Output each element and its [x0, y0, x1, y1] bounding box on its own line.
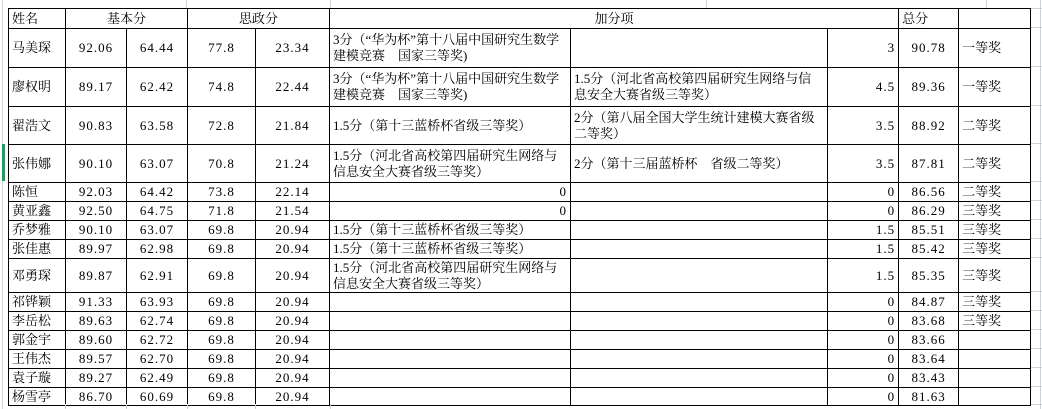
cell-bonus-total[interactable]: 4.5 [828, 68, 899, 107]
cell-bonus-total[interactable]: 1.5 [828, 221, 899, 240]
col-header-award[interactable] [959, 9, 1031, 29]
cell-name[interactable]: 袁子璇 [9, 369, 66, 388]
cell-bonus-item-2[interactable] [571, 221, 828, 240]
cell-basic-2[interactable]: 62.91 [127, 259, 188, 293]
cell-name[interactable]: 杨雪亭 [9, 388, 66, 406]
cell-bonus-total[interactable]: 0 [828, 312, 899, 331]
cell-politics-2[interactable]: 23.34 [256, 29, 330, 68]
cell-basic-2[interactable]: 64.75 [127, 202, 188, 221]
cell-bonus-total[interactable]: 0 [828, 388, 899, 406]
cell-name[interactable]: 陈恒 [9, 183, 66, 202]
cell-bonus-total[interactable]: 3 [828, 29, 899, 68]
cell-total-score[interactable]: 83.43 [899, 369, 959, 388]
gridline-stub [65, 404, 66, 409]
cell-basic-1[interactable]: 89.87 [66, 259, 127, 293]
cell-award[interactable]: 一等奖 [959, 68, 1031, 107]
cell-basic-1[interactable]: 92.06 [66, 29, 127, 68]
cell-bonus-item-1[interactable]: 0 [330, 202, 571, 221]
cell-bonus-item-1[interactable]: 3分（“华为杯”第十八届中国研究生数学建模竞赛 国家三等奖) [330, 29, 571, 68]
header-row: 姓名 基本分 思政分 加分项 总分 [9, 9, 1031, 29]
cell-bonus-item-2[interactable] [571, 202, 828, 221]
cell-total-score[interactable]: 83.66 [899, 331, 959, 350]
cell-bonus-item-1[interactable]: 1.5分（第十三蓝桥杯省级三等奖） [330, 107, 571, 145]
cell-award[interactable]: 三等奖 [959, 293, 1031, 312]
cell-politics-1[interactable]: 77.8 [188, 29, 256, 68]
cell-award[interactable] [959, 369, 1031, 388]
cell-politics-2[interactable]: 22.14 [256, 183, 330, 202]
cell-bonus-item-1[interactable]: 1.5分（第十三蓝桥杯省级三等奖） [330, 240, 571, 259]
cell-bonus-item-2[interactable] [571, 388, 828, 406]
cell-award[interactable]: 二等奖 [959, 145, 1031, 183]
cell-bonus-item-2[interactable] [571, 312, 828, 331]
cell-total-score[interactable]: 83.64 [899, 350, 959, 369]
spreadsheet-viewport: 姓名 基本分 思政分 加分项 总分 马美琛92.0664.4477.823.34… [0, 0, 1042, 409]
cell-bonus-item-2[interactable]: 2分（第八届全国大学生统计建模大赛省级二等奖） [571, 107, 828, 145]
cell-name[interactable]: 邓勇琛 [9, 259, 66, 293]
cell-politics-1[interactable]: 69.8 [188, 388, 256, 406]
cell-politics-1[interactable]: 69.8 [188, 350, 256, 369]
cell-total-score[interactable]: 86.29 [899, 202, 959, 221]
cell-bonus-total[interactable]: 1.5 [828, 240, 899, 259]
cell-basic-2[interactable]: 62.42 [127, 68, 188, 107]
gridline-stub [330, 0, 331, 8]
cell-bonus-item-1[interactable]: 3分（“华为杯”第十八届中国研究生数学建模竞赛 国家三等奖) [330, 68, 571, 107]
cell-politics-2[interactable]: 21.54 [256, 202, 330, 221]
col-header-bonus-items[interactable]: 加分项 [330, 9, 899, 29]
table-row: 廖权明89.1762.4274.822.443分（“华为杯”第十八届中国研究生数… [9, 68, 1031, 107]
table-row: 杨雪亭86.7060.6969.820.94081.63 [9, 388, 1031, 406]
col-header-name[interactable]: 姓名 [9, 9, 66, 29]
gridline-stub [2, 8, 3, 144]
cell-politics-2[interactable]: 20.94 [256, 259, 330, 293]
cell-politics-1[interactable]: 69.8 [188, 221, 256, 240]
cell-name[interactable]: 王伟杰 [9, 350, 66, 369]
table-row: 祁铧颖91.3363.9369.820.94084.87三等奖 [9, 293, 1031, 312]
score-table: 姓名 基本分 思政分 加分项 总分 马美琛92.0664.4477.823.34… [8, 8, 1031, 406]
gridline-stub [187, 404, 188, 409]
cell-award[interactable] [959, 331, 1031, 350]
cell-politics-1[interactable]: 74.8 [188, 68, 256, 107]
cell-award[interactable]: 一等奖 [959, 29, 1031, 68]
cell-name[interactable]: 翟浩文 [9, 107, 66, 145]
cell-name[interactable]: 郭金宇 [9, 331, 66, 350]
cell-basic-1[interactable]: 90.10 [66, 221, 127, 240]
gridline-stub [2, 181, 3, 409]
cell-bonus-total[interactable]: 0 [828, 183, 899, 202]
cell-award[interactable]: 三等奖 [959, 240, 1031, 259]
cell-politics-1[interactable]: 69.8 [188, 240, 256, 259]
table-row: 张伟娜90.1063.0770.821.241.5分（河北省高校第四届研究生网络… [9, 145, 1031, 183]
cell-bonus-item-2[interactable] [571, 240, 828, 259]
cell-basic-1[interactable]: 89.57 [66, 350, 127, 369]
cell-name[interactable]: 黄亚鑫 [9, 202, 66, 221]
cell-award[interactable]: 三等奖 [959, 221, 1031, 240]
gridline-stub [186, 0, 187, 8]
cell-politics-2[interactable]: 21.24 [256, 145, 330, 183]
cell-total-score[interactable]: 83.68 [899, 312, 959, 331]
cell-bonus-item-1[interactable] [330, 293, 571, 312]
cell-politics-1[interactable]: 73.8 [188, 183, 256, 202]
gridline-stub [255, 404, 256, 409]
table-row: 翟浩文90.8363.5872.821.841.5分（第十三蓝桥杯省级三等奖）2… [9, 107, 1031, 145]
cell-bonus-item-2[interactable] [571, 331, 828, 350]
cell-bonus-total[interactable]: 0 [828, 293, 899, 312]
cell-basic-1[interactable]: 89.63 [66, 312, 127, 331]
cell-basic-1[interactable]: 89.27 [66, 369, 127, 388]
cell-bonus-item-2[interactable] [571, 29, 828, 68]
cell-politics-2[interactable]: 20.94 [256, 312, 330, 331]
cell-total-score[interactable]: 86.56 [899, 183, 959, 202]
gridline-stub [126, 404, 127, 409]
cell-politics-1[interactable]: 69.8 [188, 312, 256, 331]
cell-politics-2[interactable]: 20.94 [256, 388, 330, 406]
cell-total-score[interactable]: 84.87 [899, 293, 959, 312]
cell-name[interactable]: 李岳松 [9, 312, 66, 331]
cell-total-score[interactable]: 88.92 [899, 107, 959, 145]
gridline-stub [330, 404, 331, 409]
cell-basic-1[interactable]: 90.10 [66, 145, 127, 183]
cell-bonus-item-2[interactable] [571, 369, 828, 388]
cell-award[interactable]: 二等奖 [959, 107, 1031, 145]
cell-basic-2[interactable]: 63.07 [127, 221, 188, 240]
cell-award[interactable]: 三等奖 [959, 312, 1031, 331]
cell-politics-2[interactable]: 20.94 [256, 331, 330, 350]
cell-basic-2[interactable]: 64.42 [127, 183, 188, 202]
cell-politics-1[interactable]: 69.8 [188, 369, 256, 388]
cell-politics-2[interactable]: 20.94 [256, 293, 330, 312]
cell-bonus-item-1[interactable]: 1.5分（第十三蓝桥杯省级三等奖） [330, 221, 571, 240]
cell-politics-1[interactable]: 69.8 [188, 293, 256, 312]
cell-award[interactable] [959, 388, 1031, 406]
cell-bonus-item-1[interactable] [330, 369, 571, 388]
cell-total-score[interactable]: 87.81 [899, 145, 959, 183]
cell-bonus-total[interactable]: 1.5 [828, 259, 899, 293]
cell-politics-2[interactable]: 22.44 [256, 68, 330, 107]
cell-total-score[interactable]: 90.78 [899, 29, 959, 68]
table-row: 陈恒92.0364.4273.822.140086.56二等奖 [9, 183, 1031, 202]
table-row: 张佳惠89.9762.9869.820.941.5分（第十三蓝桥杯省级三等奖）1… [9, 240, 1031, 259]
cell-award[interactable]: 三等奖 [959, 259, 1031, 293]
cell-politics-1[interactable]: 71.8 [188, 202, 256, 221]
cell-bonus-item-1[interactable] [330, 331, 571, 350]
col-header-politics-score[interactable]: 思政分 [188, 9, 330, 29]
cell-total-score[interactable]: 85.51 [899, 221, 959, 240]
table-row: 马美琛92.0664.4477.823.343分（“华为杯”第十八届中国研究生数… [9, 29, 1031, 68]
cell-politics-2[interactable]: 20.94 [256, 240, 330, 259]
cell-basic-2[interactable]: 62.70 [127, 350, 188, 369]
cell-bonus-item-1[interactable] [330, 350, 571, 369]
cell-bonus-item-2[interactable]: 2分（第十三届蓝桥杯 省级二等奖） [571, 145, 828, 183]
cell-bonus-item-1[interactable] [330, 312, 571, 331]
cell-name[interactable]: 祁铧颖 [9, 293, 66, 312]
cell-bonus-total[interactable]: 0 [828, 331, 899, 350]
cell-politics-1[interactable]: 72.8 [188, 107, 256, 145]
cell-name[interactable]: 张佳惠 [9, 240, 66, 259]
cell-politics-2[interactable]: 20.94 [256, 221, 330, 240]
cell-basic-2[interactable]: 62.49 [127, 369, 188, 388]
cell-bonus-item-2[interactable]: 1.5分（河北省高校第四届研究生网络与信息安全大赛省级三等奖） [571, 68, 828, 107]
cell-bonus-total[interactable]: 0 [828, 369, 899, 388]
cell-bonus-item-1[interactable] [330, 388, 571, 406]
cell-basic-1[interactable]: 89.17 [66, 68, 127, 107]
cell-basic-2[interactable]: 62.74 [127, 312, 188, 331]
cell-total-score[interactable]: 89.36 [899, 68, 959, 107]
cell-bonus-item-1[interactable]: 1.5分（河北省高校第四届研究生网络与信息安全大赛省级三等奖） [330, 259, 571, 293]
cell-total-score[interactable]: 85.42 [899, 240, 959, 259]
table-body: 马美琛92.0664.4477.823.343分（“华为杯”第十八届中国研究生数… [9, 29, 1031, 406]
cell-bonus-total[interactable]: 3.5 [828, 145, 899, 183]
cell-politics-1[interactable]: 69.8 [188, 259, 256, 293]
cell-name[interactable]: 乔梦雅 [9, 221, 66, 240]
cell-basic-2[interactable]: 63.93 [127, 293, 188, 312]
table-row: 李岳松89.6362.7469.820.94083.68三等奖 [9, 312, 1031, 331]
cell-basic-1[interactable]: 89.60 [66, 331, 127, 350]
cell-bonus-item-2[interactable] [571, 259, 828, 293]
table-row: 黄亚鑫92.5064.7571.821.540086.29三等奖 [9, 202, 1031, 221]
gridline-stub [986, 0, 987, 8]
cell-bonus-total[interactable]: 0 [828, 350, 899, 369]
table-row: 乔梦雅90.1063.0769.820.941.5分（第十三蓝桥杯省级三等奖）1… [9, 221, 1031, 240]
cell-basic-1[interactable]: 91.33 [66, 293, 127, 312]
cell-basic-1[interactable]: 92.50 [66, 202, 127, 221]
cell-award[interactable]: 二等奖 [959, 183, 1031, 202]
gridline-stub [2, 0, 3, 8]
cell-politics-2[interactable]: 21.84 [256, 107, 330, 145]
table-row: 郭金宇89.6062.7269.820.94083.66 [9, 331, 1031, 350]
table-row: 邓勇琛89.8762.9169.820.941.5分（河北省高校第四届研究生网络… [9, 259, 1031, 293]
cell-basic-1[interactable]: 86.70 [66, 388, 127, 406]
cell-basic-2[interactable]: 63.58 [127, 107, 188, 145]
cell-politics-2[interactable]: 20.94 [256, 350, 330, 369]
cell-award[interactable] [959, 350, 1031, 369]
cell-basic-1[interactable]: 89.97 [66, 240, 127, 259]
cell-politics-1[interactable]: 70.8 [188, 145, 256, 183]
cell-basic-2[interactable]: 60.69 [127, 388, 188, 406]
cell-bonus-item-1[interactable]: 0 [330, 183, 571, 202]
gridline-stub [706, 0, 707, 8]
cell-basic-2[interactable]: 62.72 [127, 331, 188, 350]
cell-politics-2[interactable]: 20.94 [256, 369, 330, 388]
cell-bonus-item-2[interactable] [571, 293, 828, 312]
cell-award[interactable]: 三等奖 [959, 202, 1031, 221]
cell-basic-1[interactable]: 92.03 [66, 183, 127, 202]
cell-basic-2[interactable]: 62.98 [127, 240, 188, 259]
cell-basic-1[interactable]: 90.83 [66, 107, 127, 145]
cell-name[interactable]: 张伟娜 [9, 145, 66, 183]
row-selection-indicator [2, 144, 5, 181]
table-row: 王伟杰89.5762.7069.820.94083.64 [9, 350, 1031, 369]
cell-politics-1[interactable]: 69.8 [188, 331, 256, 350]
cell-bonus-item-1[interactable]: 1.5分（河北省高校第四届研究生网络与信息安全大赛省级三等奖） [330, 145, 571, 183]
cell-total-score[interactable]: 85.35 [899, 259, 959, 293]
gridline-stub [1040, 0, 1041, 409]
cell-bonus-item-2[interactable] [571, 183, 828, 202]
cell-basic-2[interactable]: 63.07 [127, 145, 188, 183]
cell-bonus-total[interactable]: 0 [828, 202, 899, 221]
cell-name[interactable]: 马美琛 [9, 29, 66, 68]
cell-total-score[interactable]: 81.63 [899, 388, 959, 406]
col-header-basic-score[interactable]: 基本分 [66, 9, 188, 29]
col-header-total-score[interactable]: 总分 [899, 9, 959, 29]
table-row: 袁子璇89.2762.4969.820.94083.43 [9, 369, 1031, 388]
cell-bonus-total[interactable]: 3.5 [828, 107, 899, 145]
cell-name[interactable]: 廖权明 [9, 68, 66, 107]
cell-basic-2[interactable]: 64.44 [127, 29, 188, 68]
cell-bonus-item-2[interactable] [571, 350, 828, 369]
